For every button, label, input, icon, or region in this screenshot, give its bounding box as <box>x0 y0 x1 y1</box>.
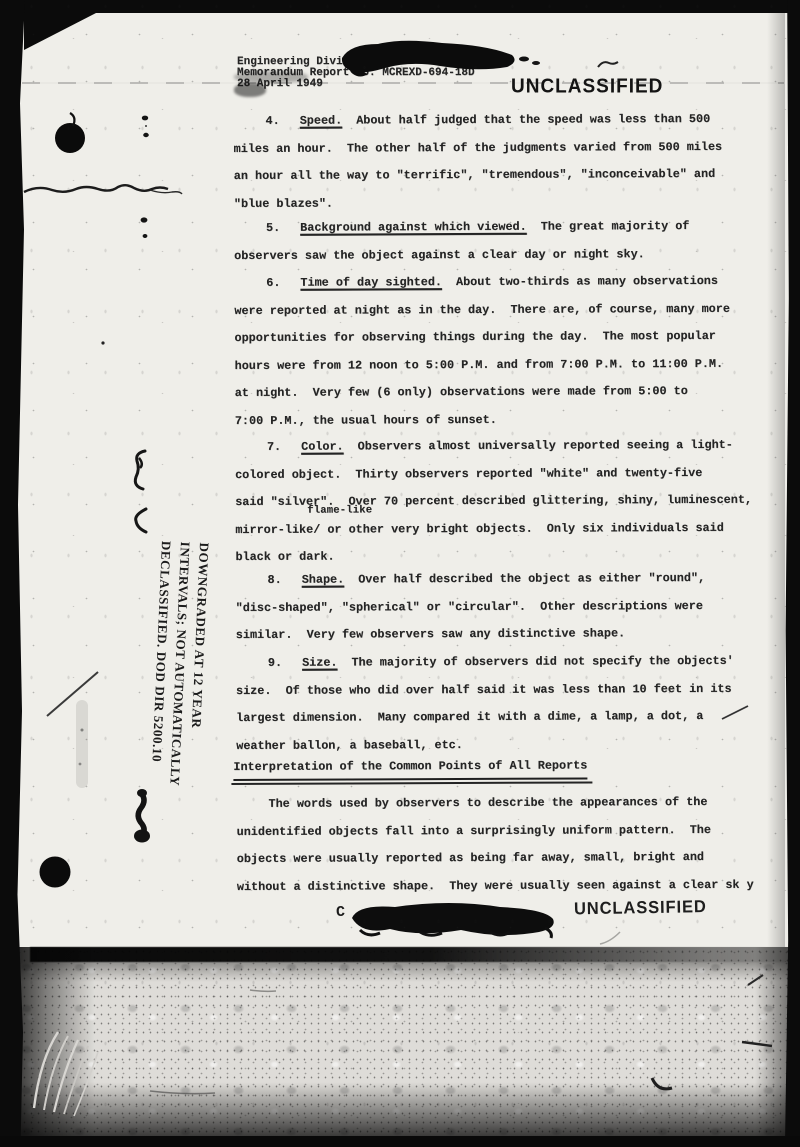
paragraph-text: The great majority of <box>541 219 690 234</box>
text-line: hours were from 12 noon to 5:00 P.M. and… <box>235 350 791 380</box>
paragraph-number: 6. <box>266 276 280 290</box>
paragraph-number: 9. <box>268 656 282 670</box>
page-edge-shadow <box>767 13 785 947</box>
date-overstrike-smudge <box>234 83 266 97</box>
document-body: 4.Speed.About half judged that the speed… <box>233 0 793 947</box>
frame-bottom <box>0 1136 800 1147</box>
paragraph-7: 7.Color.Observers almost universally rep… <box>235 432 792 572</box>
text-line: without a distinctive shape. They were u… <box>237 871 793 901</box>
paragraph-9: 9.Size.The majority of observers did not… <box>236 648 792 760</box>
text-line: at night. Very few (6 only) observations… <box>235 378 791 408</box>
text-line: miles an hour. The other half of the jud… <box>234 133 790 163</box>
paragraph-text: About two-thirds as many observations <box>456 274 718 289</box>
text-line: 7:00 P.M., the usual hours of sunset. <box>235 405 791 435</box>
text-line: 8.Shape.Over half described the object a… <box>235 565 791 595</box>
paragraph-8: 8.Shape.Over half described the object a… <box>235 565 791 650</box>
paragraph-number: 4. <box>265 114 279 128</box>
overstrike-smudge <box>234 71 308 83</box>
unclassified-stamp-top: UNCLASSIFIED <box>511 75 663 99</box>
scanner-bed-strip <box>0 947 800 1147</box>
paragraph-number: 8. <box>267 573 281 587</box>
paragraph-text: Observers almost universally reported se… <box>358 438 733 454</box>
text-line: 6.Time of day sighted.About two-thirds a… <box>234 268 790 298</box>
text-line: an hour all the way to "terrific", "trem… <box>234 161 790 191</box>
text-line: size. Of those who did over half said it… <box>236 675 792 705</box>
text-line: similar. Very few observers saw any dist… <box>236 620 792 650</box>
interline-insert: flame-like <box>307 504 372 516</box>
text-line: unidentified objects fall into a surpris… <box>237 816 793 846</box>
paragraph-text: Over half described the object as either… <box>358 571 705 587</box>
paragraph-5: 5.Background against which viewed.The gr… <box>234 213 790 270</box>
paragraph-title: Time of day sighted. <box>300 275 442 290</box>
text-line: 7.Color.Observers almost universally rep… <box>235 432 791 462</box>
text-line: observers saw the object against a clear… <box>234 240 790 270</box>
paragraph-6: 6.Time of day sighted.About two-thirds a… <box>234 268 791 435</box>
text-line: 5.Background against which viewed.The gr… <box>234 213 790 243</box>
section-heading: Interpretation of the Common Points of A… <box>233 755 587 781</box>
paragraph-title: Size. <box>302 656 337 670</box>
text-line: opportunities for observing things durin… <box>234 323 790 353</box>
text-line: largest dimension. Many compared it with… <box>236 703 792 733</box>
paragraph-number: 5. <box>266 221 280 235</box>
paragraph-text: The words used by observers to describe … <box>268 795 707 811</box>
text-line: colored object. Thirty observers reporte… <box>235 459 791 489</box>
paragraph-4: 4.Speed.About half judged that the speed… <box>233 106 789 218</box>
paragraph-title: Shape. <box>302 573 345 587</box>
text-line: objects were usually reported as being f… <box>237 844 793 874</box>
declassification-stamp: DOWNGRADED AT 12 YEAR INTERVALS; NOT AUT… <box>147 541 214 779</box>
paragraph-title: Speed. <box>300 114 343 128</box>
closing-paragraph: The words used by observers to describe … <box>236 789 792 901</box>
text-line: were reported at night as in the day. Th… <box>234 295 790 325</box>
text-line: The words used by observers to describe … <box>236 789 792 819</box>
paragraph-title: Color. <box>301 440 344 454</box>
paragraph-number: 7. <box>267 440 281 454</box>
paragraph-text: The majority of observers did not specif… <box>351 654 733 670</box>
text-line: "disc-shaped", "spherical" or "circular"… <box>236 592 792 622</box>
text-line: 4.Speed.About half judged that the speed… <box>233 106 789 136</box>
text-line: mirror-like/ or other very bright object… <box>235 514 791 544</box>
scanned-document-page: Engineering Divisi. Memorandum Report No… <box>0 0 800 1147</box>
paragraph-title: Background against which viewed. <box>300 220 527 235</box>
redaction-partial-letter: C <box>336 904 345 921</box>
paragraph-text: About half judged that the speed was les… <box>356 112 710 128</box>
unclassified-stamp-bottom: UNCLASSIFIED <box>574 897 707 919</box>
text-line: 9.Size.The majority of observers did not… <box>236 648 792 678</box>
frame-top <box>16 0 800 13</box>
